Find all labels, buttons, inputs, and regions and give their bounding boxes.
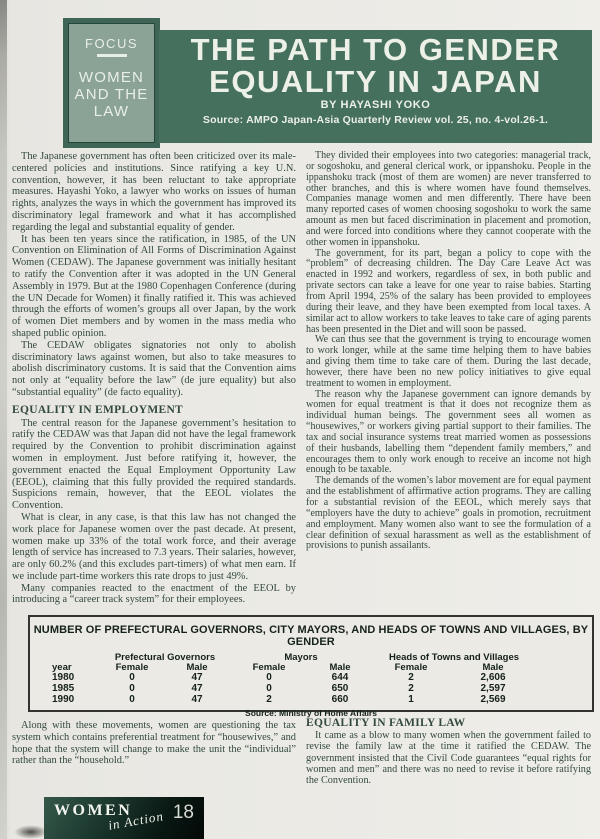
- article-title-line2: EQUALITY IN JAPAN: [159, 66, 592, 98]
- bottom-right-column: EQUALITY IN FAMILY LAWIt came as a blow …: [306, 718, 591, 786]
- bottom-left-column: Along with these movements, women are qu…: [12, 720, 296, 767]
- right-column: They divided their employees into two ca…: [306, 151, 591, 617]
- group-header-mayors: Mayors: [230, 653, 372, 663]
- table-body: 1980 0 47 0 644 2 2,606 1985 0 47 0 650 …: [30, 673, 592, 705]
- article-paragraph: Many companies reacted to the enactment …: [12, 583, 296, 607]
- cell-year: 1990: [44, 695, 100, 706]
- article-paragraph: The reason why the Japanese government c…: [306, 390, 591, 477]
- logo-title-line: LAW: [69, 103, 154, 120]
- cell-year: 1985: [44, 684, 100, 695]
- cell-heads-male: 2,597: [450, 684, 536, 695]
- cell-mayors-male: 660: [308, 695, 372, 706]
- governors-table: NUMBER OF PREFECTURAL GOVERNORS, CITY MA…: [28, 615, 594, 712]
- article-byline: BY HAYASHI YOKO: [159, 99, 592, 111]
- article-paragraph: The government, for its part, began a po…: [306, 249, 591, 336]
- table-column-headers: year Female Male Female Male Female Male: [44, 663, 592, 673]
- article-title-line1: THE PATH TO GENDER: [159, 34, 592, 66]
- logo-title-line: AND THE: [69, 86, 154, 103]
- magazine-page: FOCUS WOMENAND THELAW THE PATH TO GENDER…: [0, 0, 600, 839]
- article-paragraph: The Japanese government has often been c…: [12, 151, 296, 234]
- focus-logo-box: FOCUS WOMENAND THELAW: [63, 18, 160, 148]
- cell-governors-female: 0: [100, 695, 164, 706]
- article-paragraph: What is clear, in any case, is that this…: [12, 512, 296, 583]
- cell-heads-female: 1: [372, 695, 450, 706]
- cell-mayors-male: 650: [308, 684, 372, 695]
- page-number: 18: [173, 802, 194, 824]
- magazine-footer: WOMEN in Action 18: [44, 797, 204, 839]
- table-row: 1980 0 47 0 644 2 2,606: [44, 673, 592, 684]
- table-row: 1985 0 47 0 650 2 2,597: [44, 684, 592, 695]
- table-title: NUMBER OF PREFECTURAL GOVERNORS, CITY MA…: [30, 624, 592, 648]
- article-paragraph: The demands of the women’s labor movemen…: [306, 476, 591, 552]
- cell-mayors-female: 2: [230, 695, 308, 706]
- scan-smudge: [14, 825, 48, 839]
- table-row: 1990 0 47 2 660 1 2,569: [44, 695, 592, 706]
- article-paragraph: EQUALITY IN FAMILY LAW: [306, 718, 591, 729]
- article-paragraph: The CEDAW obligates signatories not only…: [12, 340, 296, 399]
- scan-shadow-left: [0, 0, 7, 839]
- focus-logo-panel: FOCUS WOMENAND THELAW: [68, 23, 155, 143]
- article-source-line: Source: AMPO Japan-Asia Quarterly Review…: [159, 114, 592, 126]
- article-paragraph: They divided their employees into two ca…: [306, 151, 591, 249]
- logo-title: WOMENAND THELAW: [69, 69, 154, 120]
- cell-heads-female: 2: [372, 684, 450, 695]
- cell-mayors-female: 0: [230, 684, 308, 695]
- left-column: The Japanese government has often been c…: [12, 151, 296, 615]
- article-paragraph: We can thus see that the government is t…: [306, 335, 591, 389]
- article-masthead: THE PATH TO GENDER EQUALITY IN JAPAN BY …: [159, 30, 592, 143]
- logo-title-line: WOMEN: [69, 69, 154, 86]
- article-paragraph: It came as a blow to many women when the…: [306, 730, 591, 786]
- article-paragraph: EQUALITY IN EMPLOYMENT: [12, 405, 296, 417]
- article-paragraph: It has been ten years since the ratifica…: [12, 234, 296, 340]
- cell-governors-female: 0: [100, 684, 164, 695]
- article-paragraph: The central reason for the Japanese gove…: [12, 418, 296, 512]
- focus-underline: [97, 54, 127, 57]
- article-paragraph: Along with these movements, women are qu…: [12, 720, 296, 767]
- cell-governors-male: 47: [164, 695, 230, 706]
- cell-heads-male: 2,569: [450, 695, 536, 706]
- cell-governors-male: 47: [164, 684, 230, 695]
